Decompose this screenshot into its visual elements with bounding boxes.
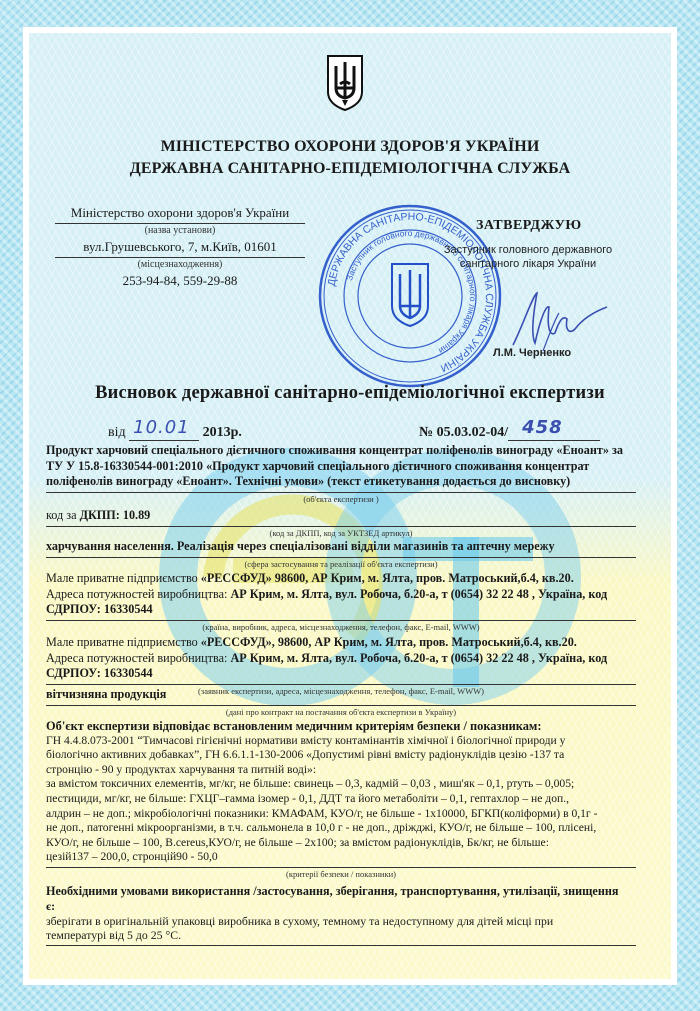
object-caption: (об'єкта експертизи ) [46, 493, 636, 505]
certificate-sheet: МІНІСТЕРСТВО ОХОРОНИ ЗДОРОВ'Я УКРАЇНИ ДЕ… [23, 27, 677, 985]
approver-position: Заступник головного державного санітарно… [433, 243, 623, 271]
conditions-text: Необхідними умовами використання /застос… [46, 884, 636, 946]
institution-address: вул.Грушевського, 7, м.Київ, 01601 [55, 238, 305, 258]
field-code: код за ДКПП: 10.89 (код за ДКПП, код за … [46, 508, 636, 539]
criteria-caption: (критерії безпеки / показники) [46, 868, 636, 880]
field-contract: вітчизняна продукція (дані про контракт … [46, 687, 636, 718]
conditions-heading: Необхідними умовами використання /застос… [46, 884, 636, 899]
object-text: Продукт харчовий спеціального дієтичного… [46, 443, 636, 493]
applicant-text: Мале приватне підприємство «РЕССФУД», 98… [46, 635, 636, 685]
criteria-line: за вмістом токсичних елементів, мг/кг, н… [46, 777, 636, 792]
contract-caption: (дані про контракт на постачання об'єкта… [46, 706, 636, 718]
ministry-heading: МІНІСТЕРСТВО ОХОРОНИ ЗДОРОВ'Я УКРАЇНИ ДЕ… [23, 136, 677, 180]
number-handwritten: 458 [522, 417, 563, 438]
criteria-line: алдрин – не доп.; мікробіологічні показн… [46, 807, 636, 822]
document-title: Висновок державної санітарно-епідеміолог… [23, 383, 677, 404]
manufacturer-caption: (країна, виробник, адреса, місцезнаходже… [46, 621, 636, 633]
criteria-line: не доп., патогенні мікроорганізми, в т.ч… [46, 821, 636, 836]
scope-text: харчування населення. Реалізація через с… [46, 539, 636, 558]
ministry-name: МІНІСТЕРСТВО ОХОРОНИ ЗДОРОВ'Я УКРАЇНИ [23, 136, 677, 158]
manufacturer-facility-label: Адреса потужностей виробництва: [46, 587, 230, 601]
approval-label: ЗАТВЕРДЖУЮ [476, 218, 582, 234]
code-prefix: код за [46, 508, 80, 522]
object-line: Продукт харчовий спеціального дієтичного… [46, 443, 636, 459]
approver-position-line1: Заступник головного державного [433, 243, 623, 257]
applicant-facility-address: АР Крим, м. Ялта, вул. Робоча, б.20-а, т… [230, 651, 607, 665]
field-conditions: Необхідними умовами використання /застос… [46, 884, 636, 946]
scope-line: харчування населення. Реалізація через с… [46, 539, 636, 555]
criteria-line: стронцію - 90 у продуктах харчування та … [46, 763, 636, 778]
institution-address-caption: (місцезнаходження) [55, 258, 305, 272]
manufacturer-type: Мале приватне підприємство [46, 571, 201, 585]
object-line: ТУ У 15.8-16330544-001:2010 «Продукт хар… [46, 459, 636, 475]
criteria-heading: Об'єкт експертизи відповідає встановлени… [46, 719, 636, 734]
institution-name-caption: (назва установи) [55, 224, 305, 238]
trident-coat-of-arms-icon [325, 54, 365, 112]
date-year: 2013р. [203, 425, 242, 440]
institution-name: Міністерство охорони здоров'я України [55, 204, 305, 224]
object-line: поліфенолів винограду «Еноант». Технічні… [46, 474, 636, 490]
approver-position-line2: санітарного лікаря України [433, 257, 623, 271]
handwritten-signature-icon [503, 285, 613, 355]
conditions-line: температурі від 5 до 25 °С. [46, 928, 636, 943]
applicant-type: Мале приватне підприємство [46, 635, 201, 649]
date-line: 10.01 [129, 422, 199, 441]
applicant-code: СДРПОУ: 16330544 [46, 666, 636, 682]
manufacturer-code: СДРПОУ: 16330544 [46, 602, 636, 618]
field-criteria: Об'єкт експертизи відповідає встановлени… [46, 719, 636, 880]
code-value: ДКПП: 10.89 [80, 508, 151, 522]
scope-caption: (сфера застосування та реалізації об'єкт… [46, 558, 636, 570]
number-prefix: № 05.03.02-04/ [419, 425, 508, 440]
criteria-line: пестициди, мг/кг, не більше: ГХЦГ–гамма … [46, 792, 636, 807]
service-name: ДЕРЖАВНА САНІТАРНО-ЕПІДЕМІОЛОГІЧНА СЛУЖБ… [23, 158, 677, 180]
date-prefix: від [108, 425, 126, 440]
signer-name: Л.М. Черненко [493, 347, 571, 359]
manufacturer-name-address: «РЕССФУД» 98600, АР Крим, м. Ялта, пров.… [201, 571, 574, 585]
contract-text: вітчизняна продукція [46, 687, 636, 706]
criteria-line: ГН 4.4.8.073-2001 “Тимчасові гігієнічні … [46, 734, 636, 749]
conditions-line: зберігати в оригінальній упаковці виробн… [46, 914, 636, 929]
conditions-heading-cont: є: [46, 899, 636, 914]
institution-block: Міністерство охорони здоров'я України (н… [55, 204, 305, 290]
field-object: Продукт харчовий спеціального дієтичного… [46, 443, 636, 505]
field-scope: харчування населення. Реалізація через с… [46, 539, 636, 570]
contract-line: вітчизняна продукція [46, 687, 636, 703]
code-caption: (код за ДКПП, код за УКТЗЕД артикул) [46, 527, 636, 539]
document-number: № 05.03.02-04/458 [419, 422, 600, 441]
issue-date: від 10.01 2013р. [108, 422, 242, 441]
manufacturer-text: Мале приватне підприємство «РЕССФУД» 986… [46, 571, 636, 621]
criteria-line: цезій137 – 200,0, стронцій90 - 50,0 [46, 850, 636, 865]
criteria-text: Об'єкт експертизи відповідає встановлени… [46, 719, 636, 868]
code-text: код за ДКПП: 10.89 [46, 508, 636, 527]
manufacturer-facility-address: АР Крим, м. Ялта, вул. Робоча, б.20-а, т… [230, 587, 607, 601]
criteria-line: біологічно активних добавках”, ГН 6.6.1.… [46, 748, 636, 763]
applicant-facility-label: Адреса потужностей виробництва: [46, 651, 230, 665]
field-manufacturer: Мале приватне підприємство «РЕССФУД» 986… [46, 571, 636, 633]
institution-phones: 253-94-84, 559-29-88 [55, 272, 305, 290]
date-handwritten: 10.01 [133, 417, 190, 438]
applicant-name-address: «РЕССФУД», 98600, АР Крим, м. Ялта, пров… [201, 635, 577, 649]
number-line: 458 [508, 422, 600, 441]
criteria-line: КУО/г, не більше – 100, B.cereus,КУО/г, … [46, 836, 636, 851]
